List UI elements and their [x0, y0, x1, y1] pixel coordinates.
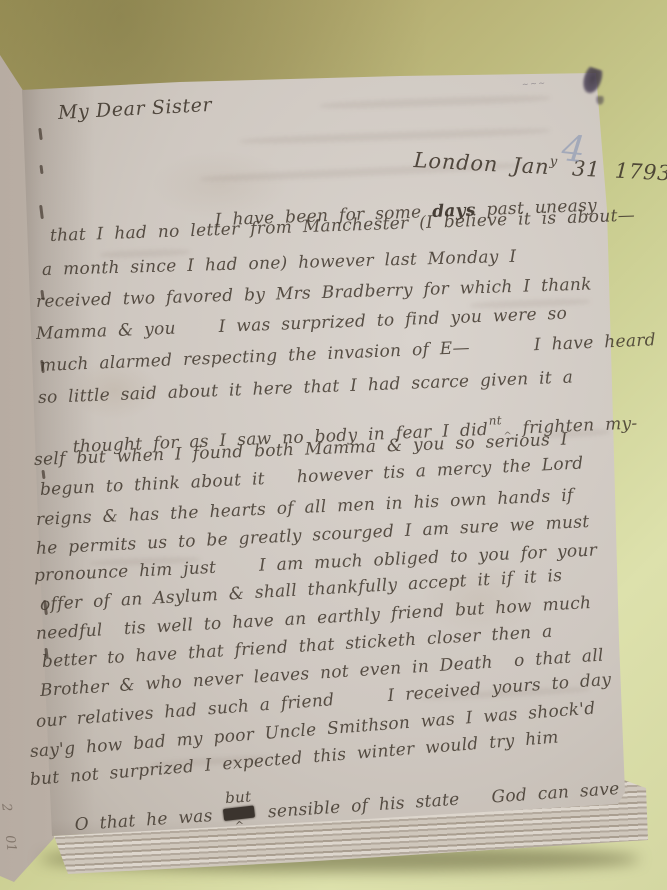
- inserted-word: nt: [488, 413, 502, 428]
- ink-stain: [579, 66, 604, 96]
- line-text: sensible of his state God can save: [257, 779, 621, 823]
- caret-mark: ^: [235, 819, 245, 833]
- pencil-numeral: 4: [560, 128, 587, 171]
- photograph-of-letter: 2 01 ~~~ My Dear Sister London Jany 31 1…: [0, 0, 667, 890]
- line-text: O that he was: [74, 805, 224, 835]
- inserted-word: but: [225, 787, 252, 807]
- edge-mark: 01: [2, 834, 19, 852]
- deleted-word-blot: but^: [223, 806, 258, 822]
- ink-stain: [596, 96, 604, 105]
- dateline-place: London Jan: [413, 148, 550, 179]
- corner-scribble: ~~~: [522, 78, 547, 89]
